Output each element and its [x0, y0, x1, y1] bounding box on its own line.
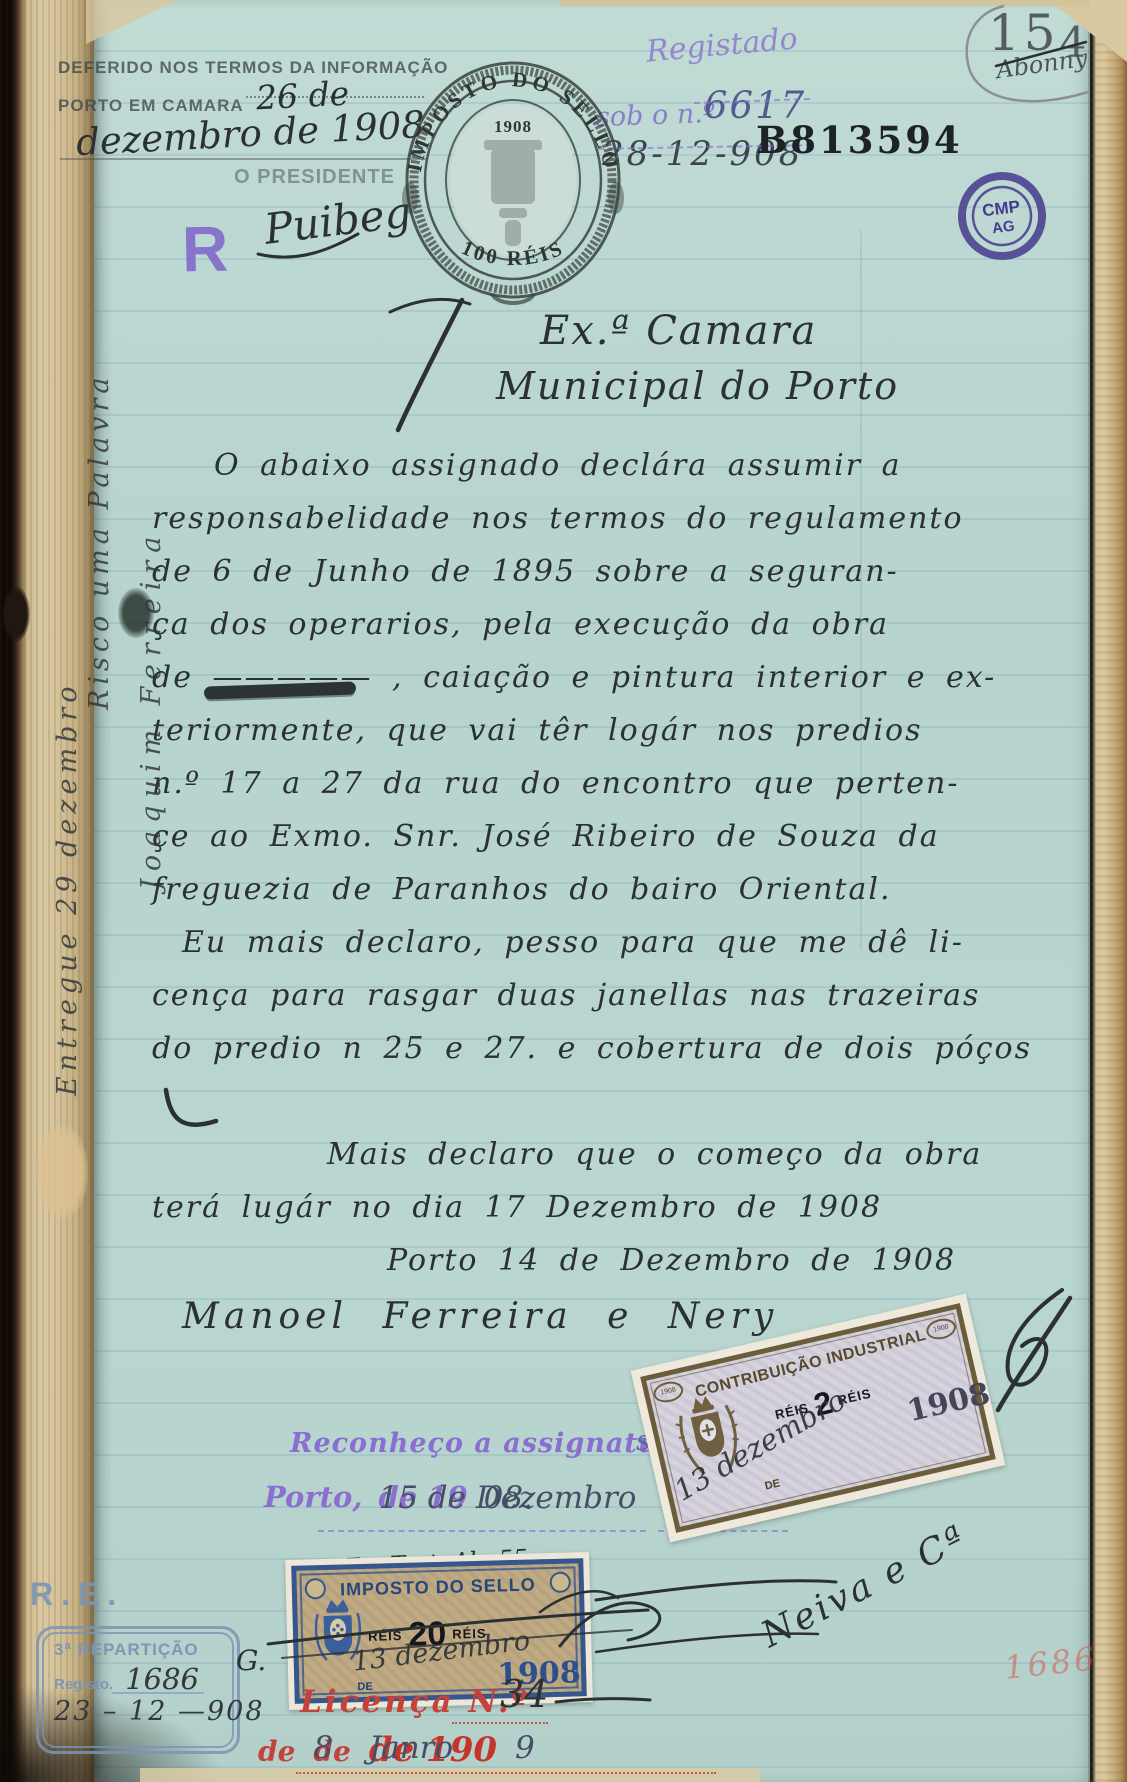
text-segment: Porto,	[264, 1480, 362, 1514]
notary-date-line: Porto,15 de Dezembrode 1908.	[264, 1480, 484, 1514]
paper-stain	[36, 1124, 88, 1220]
underline	[452, 1722, 548, 1724]
manuscript-line: ça dos operarios, pela execução da obra	[152, 607, 1032, 660]
licenca-label: Licença N.º	[300, 1684, 530, 1720]
side-initial: G.	[236, 1644, 266, 1677]
manuscript-line	[152, 1084, 1032, 1137]
manuscript-line: O abaixo assignado declára assumir a	[152, 448, 1032, 501]
manuscript-line: de 6 de Junho de 1895 sobre a seguran-	[152, 554, 1032, 607]
manuscript-line: responsabelidade nos termos do regulamen…	[152, 501, 1032, 554]
manuscript-line: çe ao Exmo. Snr. José Ribeiro de Souza d…	[152, 819, 1032, 872]
scanned-archive-document: DEFERIDO NOS TERMOS DA INFORMAÇÃO PORTO …	[0, 0, 1127, 1782]
manuscript-body: O abaixo assignado declára assumir aresp…	[152, 448, 1032, 1349]
margin-note: Entregue 29 dezembro	[52, 646, 83, 1096]
registo-label: Registo.	[54, 1676, 113, 1693]
manuscript-line: cença para rasgar duas janellas nas traz…	[152, 978, 1032, 1031]
serial-number-stamp: B813594	[756, 118, 963, 162]
svg-text:AG: AG	[991, 218, 1015, 238]
stamp-de-label: DE	[764, 1477, 782, 1492]
text-segment: 8	[313, 1730, 333, 1766]
licenca-date-line: de8deJanrode 1909	[258, 1730, 515, 1770]
manuscript-line: freguezia de Paranhos do bairo Oriental.	[152, 872, 1032, 925]
stamp-year: 1908	[904, 1376, 993, 1429]
re-stamp-box-inner: 3ª REPARTIÇÃO Registo.1686 23 – 12 —908	[42, 1632, 234, 1748]
purple-r-mark: R	[181, 212, 229, 287]
deferido-stamp-line1: DEFERIDO NOS TERMOS DA INFORMAÇÃO	[58, 58, 448, 78]
re-stamp-header: R.E.	[30, 1576, 124, 1613]
svg-text:CMP: CMP	[981, 197, 1021, 220]
registo-row: Registo.1686	[54, 1662, 224, 1694]
underline	[318, 1530, 646, 1532]
text-segment: 9	[515, 1730, 535, 1766]
cmp-ag-round-stamp: CMP AG	[951, 165, 1054, 268]
manuscript-line: n.º 17 a 27 da rua do encontro que perte…	[152, 766, 1032, 819]
manuscript-line: Eu mais declaro, pesso para que me dê li…	[152, 925, 1032, 978]
manuscript-line: teriormente, que vai têr logár nos predi…	[152, 713, 1032, 766]
registo-date: 23 – 12 —908	[54, 1696, 224, 1727]
manuscript-line: terá lugár no dia 17 Dezembro de 1908	[152, 1190, 1032, 1243]
manuscript-line: Mais declaro que o começo da obra	[152, 1137, 1032, 1190]
manuscript-line: Porto 14 de Dezembro de 1908	[152, 1243, 1032, 1296]
text-segment: de	[258, 1735, 295, 1768]
heading-line1: Ex.ª Camara	[540, 308, 817, 354]
margin-note: Risco uma Palavra	[84, 150, 115, 710]
right-page-edge	[1088, 0, 1127, 1782]
licenca-number: 34	[500, 1672, 548, 1716]
notary-stamp-text: Reconheço a assignatura	[290, 1428, 692, 1459]
heading-line2: Municipal do Porto	[496, 364, 899, 408]
manuscript-line: do predio n 25 e 27. e cobertura de dois…	[152, 1031, 1032, 1084]
punch-hole	[2, 586, 30, 642]
bottom-page-edge	[140, 1768, 760, 1782]
re-stamp-box: 3ª REPARTIÇÃO Registo.1686 23 – 12 —908	[36, 1626, 240, 1754]
margin-note: Joaquim Ferreira	[136, 190, 167, 890]
underline	[296, 1772, 716, 1774]
registo-number: 1686	[125, 1662, 199, 1696]
embossed-fiscal-stamp: IMPOSTO DO SELLO 1908 100 RÉIS	[396, 56, 630, 308]
president-stamp-label: O PRESIDENTE	[234, 166, 395, 189]
svg-text:1908: 1908	[494, 117, 532, 136]
reparticao-label: 3ª REPARTIÇÃO	[54, 1640, 224, 1660]
text-segment: Janro	[369, 1730, 453, 1766]
text-segment: 08.	[484, 1480, 533, 1516]
